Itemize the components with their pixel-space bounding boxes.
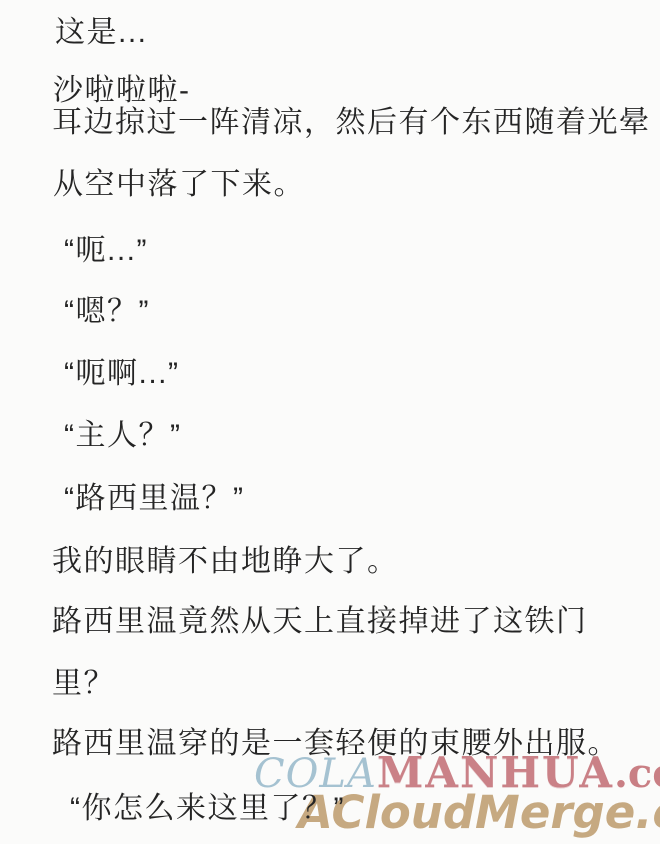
watermark-acloudmerge: ACloudMerge.com — [298, 786, 660, 839]
story-line: 我的眼睛不由地睁大了。 — [52, 545, 399, 579]
dialogue-line: “呃...” — [64, 234, 148, 268]
dialogue-line: “呃啊...” — [64, 357, 180, 391]
novel-text-page: 这是... 沙啦啦啦- 耳边掠过一阵清凉，然后有个东西随着光晕 从空中落了下来。… — [0, 0, 660, 844]
story-line: 耳边掠过一阵清凉，然后有个东西随着光晕 — [52, 106, 651, 140]
dialogue-line: “嗯？” — [64, 295, 150, 329]
story-line: 沙啦啦啦- — [53, 74, 191, 108]
story-line: 这是... — [55, 16, 148, 50]
story-line: 路西里温穿的是一套轻便的束腰外出服。 — [52, 727, 619, 761]
story-line: 路西里温竟然从天上直接掉进了这铁门 — [52, 605, 588, 639]
story-line: 从空中落了下来。 — [53, 168, 305, 202]
dialogue-line: “你怎么来这里了？” — [70, 792, 345, 826]
dialogue-line: “路西里温？” — [64, 482, 244, 516]
dialogue-line: “主人？” — [64, 419, 181, 453]
story-line: 里？ — [52, 667, 115, 701]
